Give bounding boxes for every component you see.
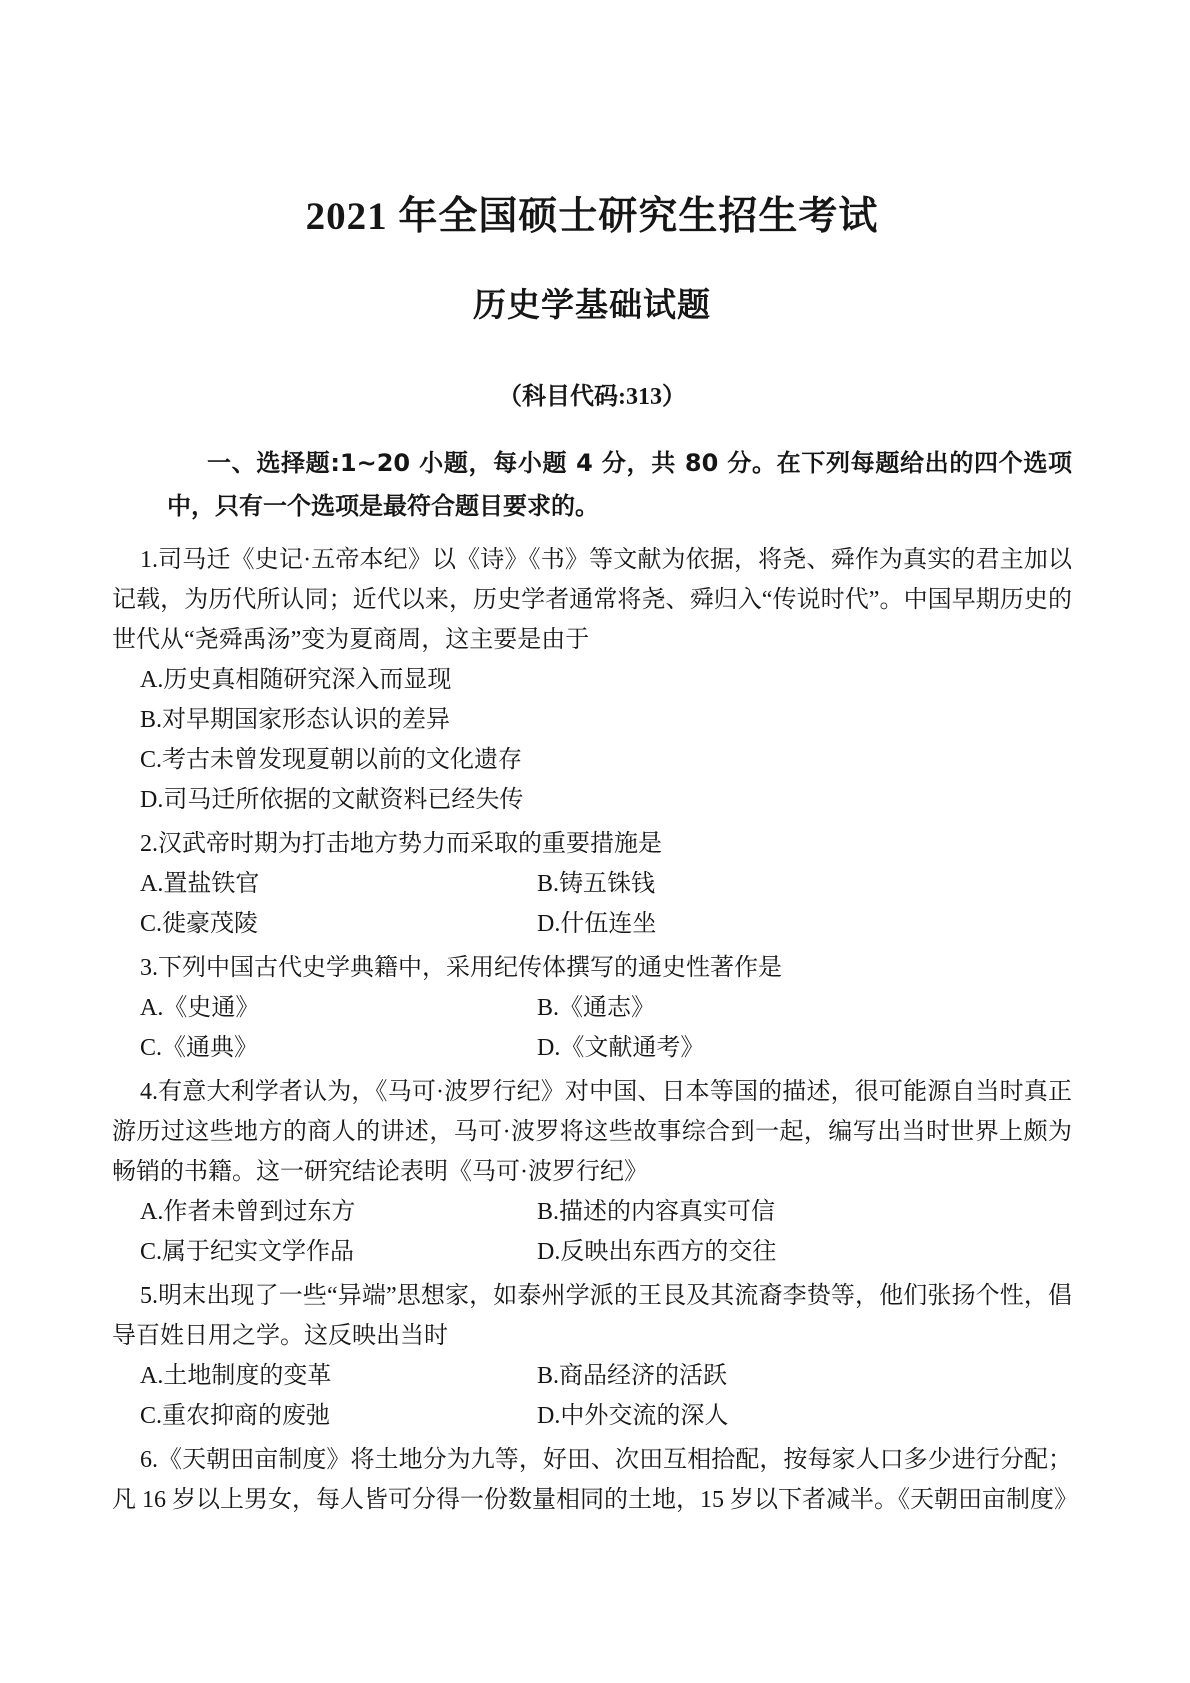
question-1-option-d: D.司马迁所依据的文献资料已经失传: [112, 780, 1072, 820]
question-4-options-row-1: A.作者未曾到过东方B.描述的内容真实可信: [112, 1192, 1072, 1232]
question-5-option-c: C.重农抑商的废弛: [140, 1396, 537, 1436]
question-3-option-a: A.《史通》: [140, 988, 537, 1028]
question-4-option-a: A.作者未曾到过东方: [140, 1192, 537, 1232]
question-3-option-c: C.《通典》: [140, 1028, 537, 1068]
question-4: 4.有意大利学者认为，《马可·波罗行纪》对中国、日本等国的描述，很可能源自当时真…: [112, 1072, 1072, 1272]
exam-page: 2021 年全国硕士研究生招生考试 历史学基础试题 （科目代码:313） 一、选…: [0, 0, 1190, 1683]
question-5-options-row-2: C.重农抑商的废弛D.中外交流的深人: [112, 1396, 1072, 1436]
question-6-stem: 6.《天朝田亩制度》将土地分为九等，好田、次田互相拾配，按每家人口多少进行分配；…: [112, 1440, 1072, 1520]
question-4-option-b: B.描述的内容真实可信: [537, 1192, 775, 1232]
question-5: 5.明末出现了一些“异端”思想家，如泰州学派的王艮及其流裔李贽等，他们张扬个性，…: [112, 1276, 1072, 1436]
question-2-options-row-1: A.置盐铁官B.铸五铢钱: [112, 864, 1072, 904]
question-4-option-c: C.属于纪实文学作品: [140, 1232, 537, 1272]
question-3-options-row-2: C.《通典》D.《文献通考》: [112, 1028, 1072, 1068]
question-4-option-d: D.反映出东西方的交往: [537, 1232, 776, 1272]
exam-header: 2021 年全国硕士研究生招生考试 历史学基础试题 （科目代码:313）: [112, 190, 1072, 414]
question-5-option-d: D.中外交流的深人: [537, 1396, 728, 1436]
question-1-option-c: C.考古未曾发现夏朝以前的文化遗存: [112, 740, 1072, 780]
exam-title: 2021 年全国硕士研究生招生考试: [112, 190, 1072, 244]
question-5-option-b: B.商品经济的活跃: [537, 1356, 727, 1396]
exam-subtitle: 历史学基础试题: [112, 284, 1072, 326]
question-5-options-row-1: A.土地制度的变革B.商品经济的活跃: [112, 1356, 1072, 1396]
question-3-option-b: B.《通志》: [537, 988, 655, 1028]
exam-body: 一、选择题:1~20 小题，每小题 4 分，共 80 分。在下列每题给出的四个选…: [112, 442, 1072, 1520]
question-2-stem: 2.汉武帝时期为打击地方势力而采取的重要措施是: [112, 824, 1072, 864]
subject-code: （科目代码:313）: [112, 380, 1072, 414]
section-heading: 一、选择题:1~20 小题，每小题 4 分，共 80 分。在下列每题给出的四个选…: [167, 442, 1072, 528]
question-2: 2.汉武帝时期为打击地方势力而采取的重要措施是 A.置盐铁官B.铸五铢钱 C.徙…: [112, 824, 1072, 944]
question-4-options-row-2: C.属于纪实文学作品D.反映出东西方的交往: [112, 1232, 1072, 1272]
question-3: 3.下列中国古代史学典籍中，采用纪传体撰写的通史性著作是 A.《史通》B.《通志…: [112, 948, 1072, 1068]
question-5-stem: 5.明末出现了一些“异端”思想家，如泰州学派的王艮及其流裔李贽等，他们张扬个性，…: [112, 1276, 1072, 1356]
question-3-option-d: D.《文献通考》: [537, 1028, 704, 1068]
question-1-option-a: A.历史真相随研究深入而显现: [112, 660, 1072, 700]
question-1-stem: 1.司马迁《史记·五帝本纪》以《诗》《书》等文献为依据，将尧、舜作为真实的君主加…: [112, 540, 1072, 660]
question-5-option-a: A.土地制度的变革: [140, 1356, 537, 1396]
question-2-option-d: D.什伍连坐: [537, 904, 656, 944]
question-3-stem: 3.下列中国古代史学典籍中，采用纪传体撰写的通史性著作是: [112, 948, 1072, 988]
question-1-option-b: B.对早期国家形态认识的差异: [112, 700, 1072, 740]
question-2-options-row-2: C.徙豪茂陵D.什伍连坐: [112, 904, 1072, 944]
question-4-stem: 4.有意大利学者认为，《马可·波罗行纪》对中国、日本等国的描述，很可能源自当时真…: [112, 1072, 1072, 1192]
question-3-options-row-1: A.《史通》B.《通志》: [112, 988, 1072, 1028]
question-6: 6.《天朝田亩制度》将土地分为九等，好田、次田互相拾配，按每家人口多少进行分配；…: [112, 1440, 1072, 1520]
question-2-option-c: C.徙豪茂陵: [140, 904, 537, 944]
question-2-option-b: B.铸五铢钱: [537, 864, 655, 904]
question-1: 1.司马迁《史记·五帝本纪》以《诗》《书》等文献为依据，将尧、舜作为真实的君主加…: [112, 540, 1072, 820]
question-2-option-a: A.置盐铁官: [140, 864, 537, 904]
